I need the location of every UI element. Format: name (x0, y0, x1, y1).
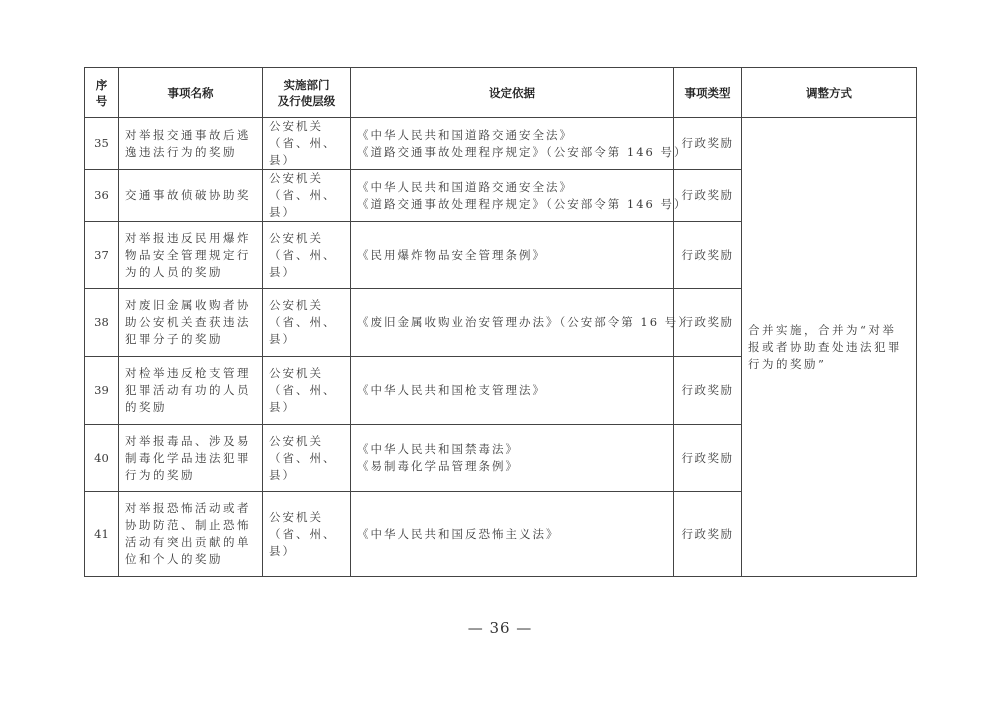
header-index: 序 号 (85, 68, 119, 118)
table-header-row: 序 号 事项名称 实施部门 及行使层级 设定依据 事项类型 调整方式 (85, 68, 917, 118)
header-item-type: 事项类型 (674, 68, 742, 118)
page-number: — 36 — (0, 619, 1000, 637)
row-number: 37 (85, 222, 119, 289)
legal-basis: 《废旧金属收购业治安管理办法》（公安部令第 16 号） (351, 289, 674, 357)
legal-basis: 《中华人民共和国枪支管理法》 (351, 357, 674, 425)
legal-basis: 《中华人民共和国禁毒法》 《易制毒化学品管理条例》 (351, 425, 674, 492)
item-name: 对举报毒品、涉及易制毒化学品违法犯罪行为的奖励 (119, 425, 263, 492)
header-item-name: 事项名称 (119, 68, 263, 118)
administrative-items-table: 序 号 事项名称 实施部门 及行使层级 设定依据 事项类型 调整方式 35 对举… (84, 67, 917, 577)
legal-basis: 《中华人民共和国道路交通安全法》 《道路交通事故处理程序规定》（公安部令第 14… (351, 170, 674, 222)
department: 公安机关（省、州、县） (263, 170, 351, 222)
item-type: 行政奖励 (674, 357, 742, 425)
item-name: 对废旧金属收购者协助公安机关查获违法犯罪分子的奖励 (119, 289, 263, 357)
document-page: 序 号 事项名称 实施部门 及行使层级 设定依据 事项类型 调整方式 35 对举… (0, 0, 1000, 707)
row-number: 40 (85, 425, 119, 492)
header-legal-basis: 设定依据 (351, 68, 674, 118)
row-number: 41 (85, 492, 119, 577)
legal-basis: 《民用爆炸物品安全管理条例》 (351, 222, 674, 289)
department: 公安机关（省、州、县） (263, 222, 351, 289)
table-row: 35 对举报交通事故后逃逸违法行为的奖励 公安机关（省、州、县） 《中华人民共和… (85, 118, 917, 170)
item-type: 行政奖励 (674, 289, 742, 357)
department: 公安机关（省、州、县） (263, 492, 351, 577)
item-name: 对检举违反枪支管理犯罪活动有功的人员的奖励 (119, 357, 263, 425)
item-type: 行政奖励 (674, 170, 742, 222)
legal-basis: 《中华人民共和国反恐怖主义法》 (351, 492, 674, 577)
item-name: 对举报违反民用爆炸物品安全管理规定行为的人员的奖励 (119, 222, 263, 289)
item-type: 行政奖励 (674, 222, 742, 289)
row-number: 38 (85, 289, 119, 357)
header-adjustment: 调整方式 (742, 68, 917, 118)
department: 公安机关（省、州、县） (263, 118, 351, 170)
adjustment-method: 合并实施，合并为“对举报或者协助查处违法犯罪行为的奖励” (742, 118, 917, 577)
item-name: 交通事故侦破协助奖 (119, 170, 263, 222)
item-name: 对举报交通事故后逃逸违法行为的奖励 (119, 118, 263, 170)
item-type: 行政奖励 (674, 492, 742, 577)
row-number: 39 (85, 357, 119, 425)
row-number: 35 (85, 118, 119, 170)
department: 公安机关（省、州、县） (263, 425, 351, 492)
department: 公安机关（省、州、县） (263, 357, 351, 425)
legal-basis: 《中华人民共和国道路交通安全法》 《道路交通事故处理程序规定》（公安部令第 14… (351, 118, 674, 170)
header-department: 实施部门 及行使层级 (263, 68, 351, 118)
item-type: 行政奖励 (674, 118, 742, 170)
department: 公安机关（省、州、县） (263, 289, 351, 357)
item-type: 行政奖励 (674, 425, 742, 492)
item-name: 对举报恐怖活动或者协助防范、制止恐怖活动有突出贡献的单位和个人的奖励 (119, 492, 263, 577)
row-number: 36 (85, 170, 119, 222)
